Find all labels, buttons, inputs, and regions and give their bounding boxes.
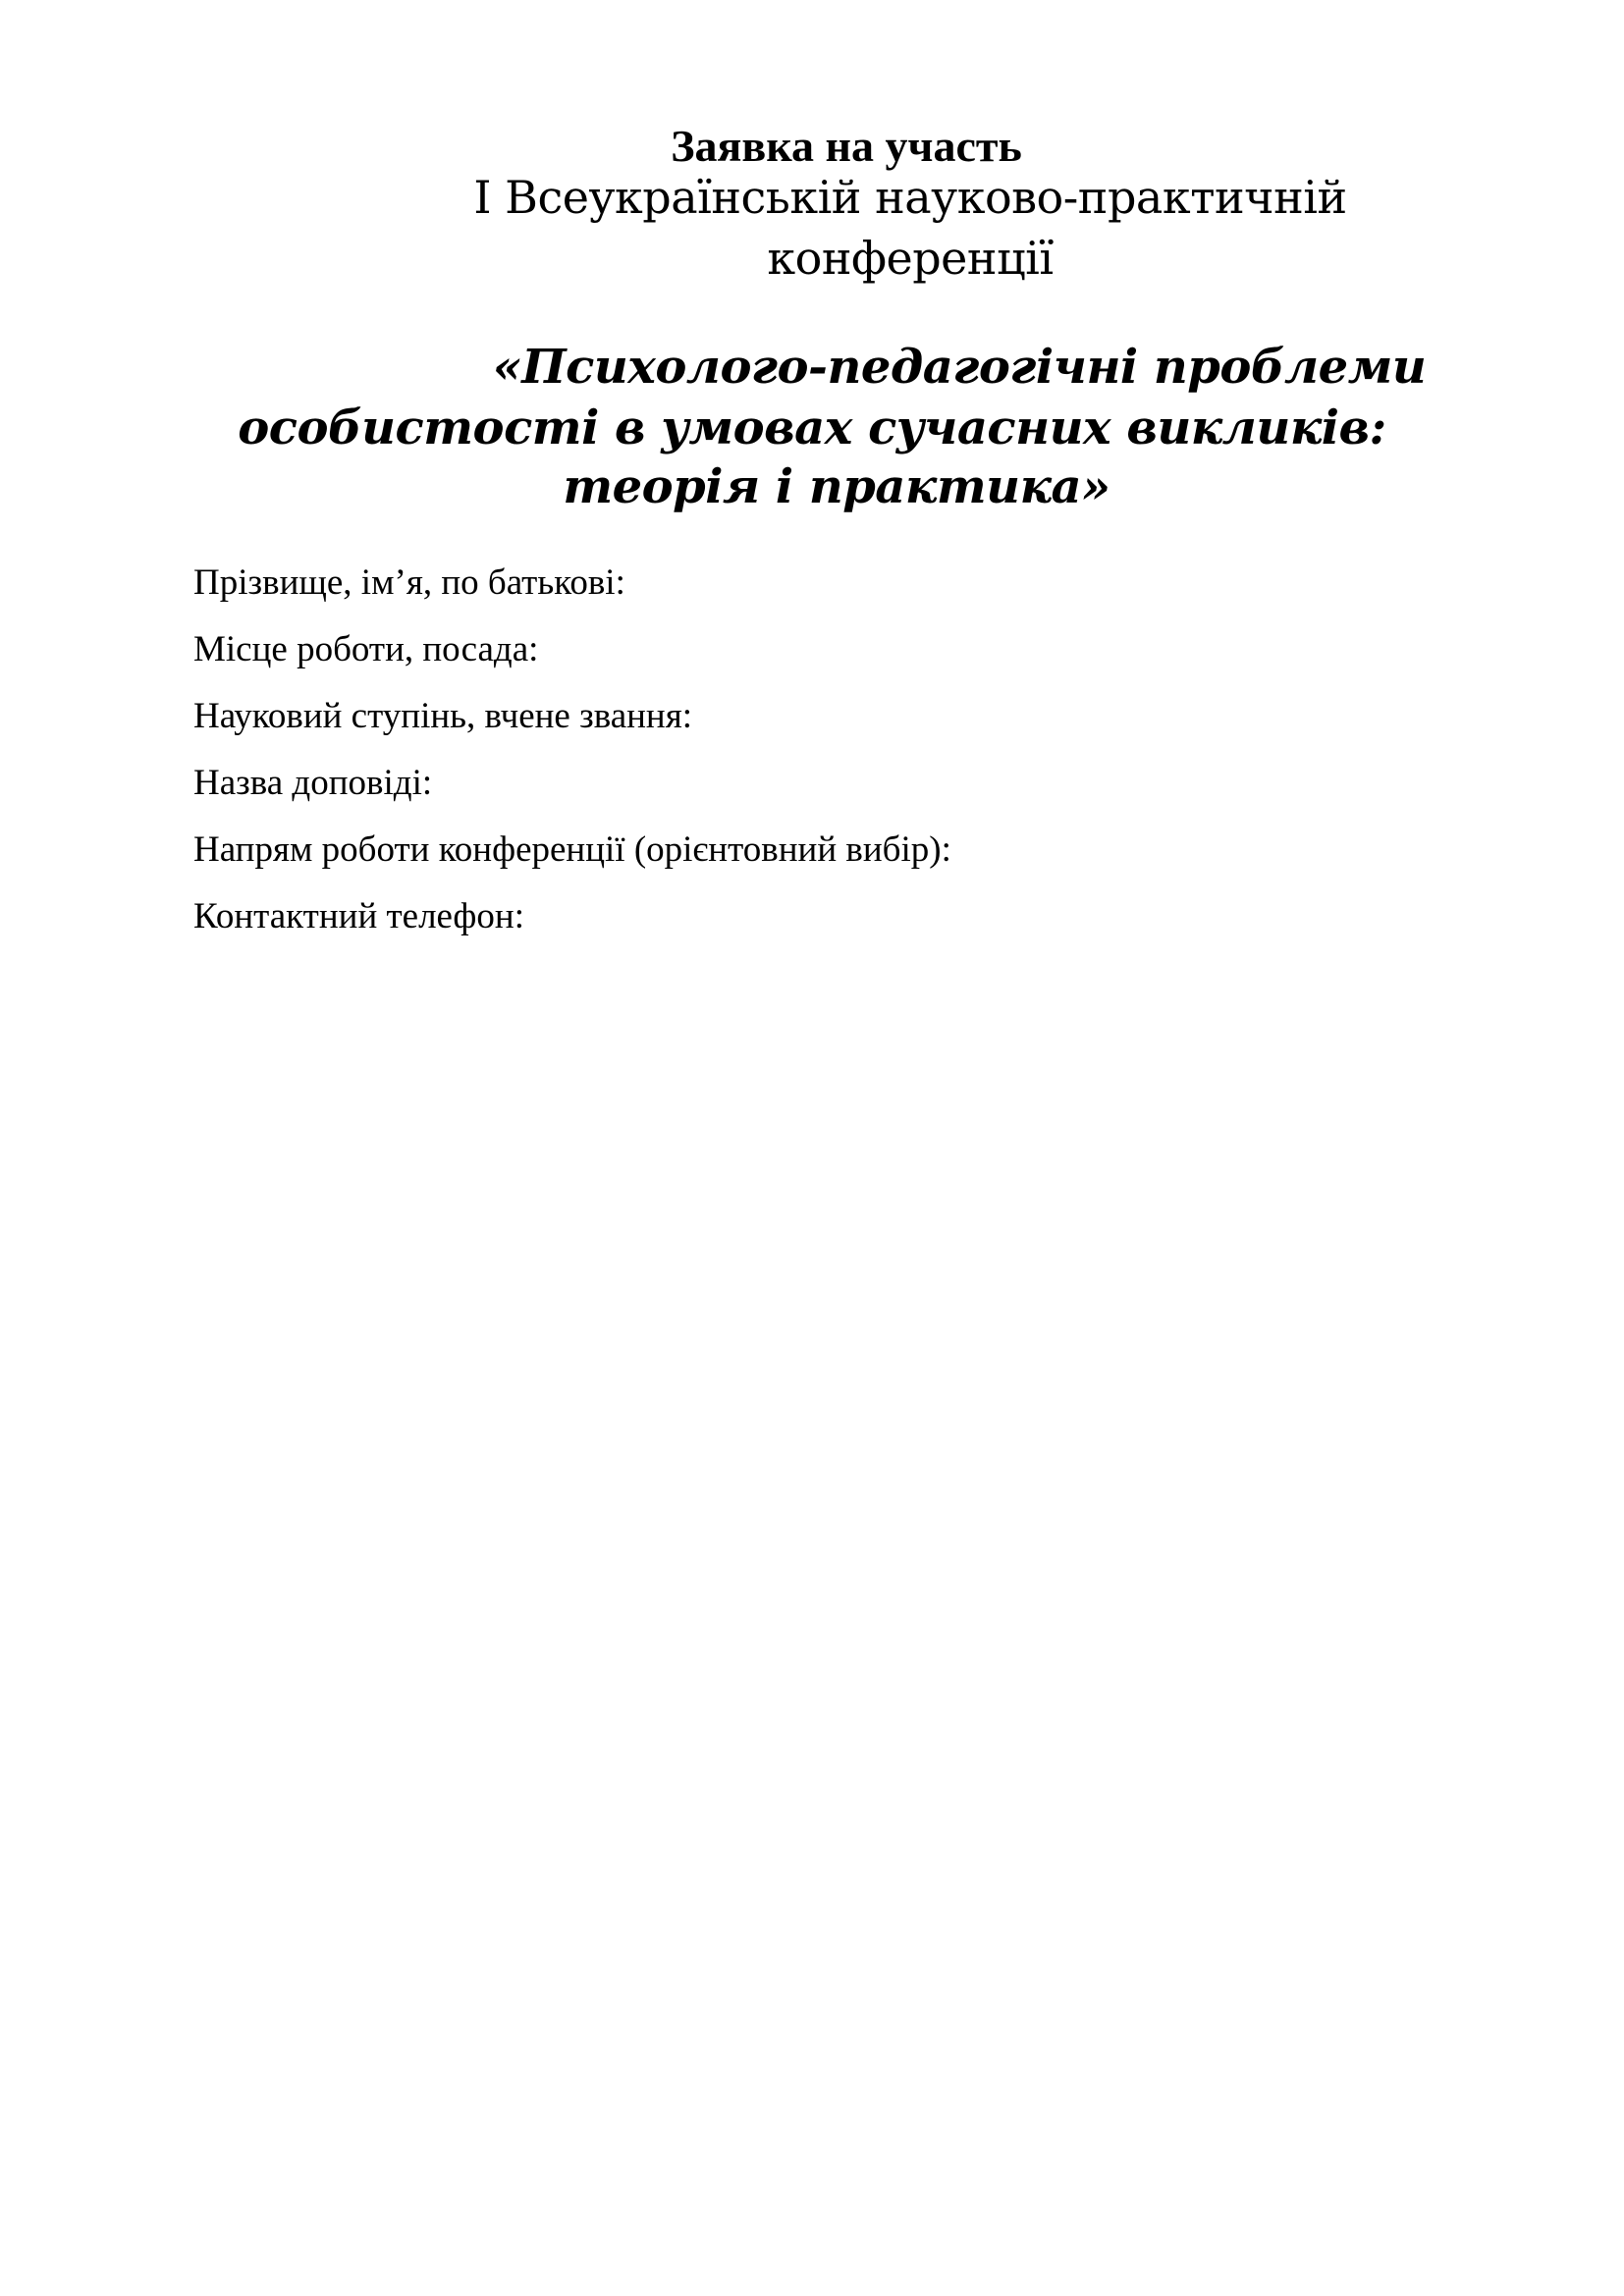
document-page: Заявка на участь І Всеукраїнській науков… (0, 0, 1624, 2296)
field-label-academic-degree: Науковий ступінь, вчене звання: (193, 698, 692, 734)
field-label-conference-direction: Напрям роботи конференції (орієнтовний в… (193, 831, 951, 868)
conference-title-line-3: теорія і практика» (0, 463, 1624, 510)
application-heading: Заявка на участь (0, 124, 1624, 169)
conference-title-line-1: «Психолого-педагогічні проблеми (0, 344, 1624, 391)
field-label-workplace-position: Місце роботи, посада: (193, 631, 538, 667)
conference-heading-line-1: І Всеукраїнській науково-практичній (0, 175, 1624, 220)
conference-title-line-2: особистості в умовах сучасних викликів: (0, 404, 1624, 452)
conference-heading-line-2: конференції (0, 236, 1624, 281)
field-label-report-title: Назва доповіді: (193, 765, 432, 801)
field-label-full-name: Прізвище, ім’я, по батькові: (193, 564, 625, 601)
field-label-contact-phone: Контактний телефон: (193, 898, 524, 934)
